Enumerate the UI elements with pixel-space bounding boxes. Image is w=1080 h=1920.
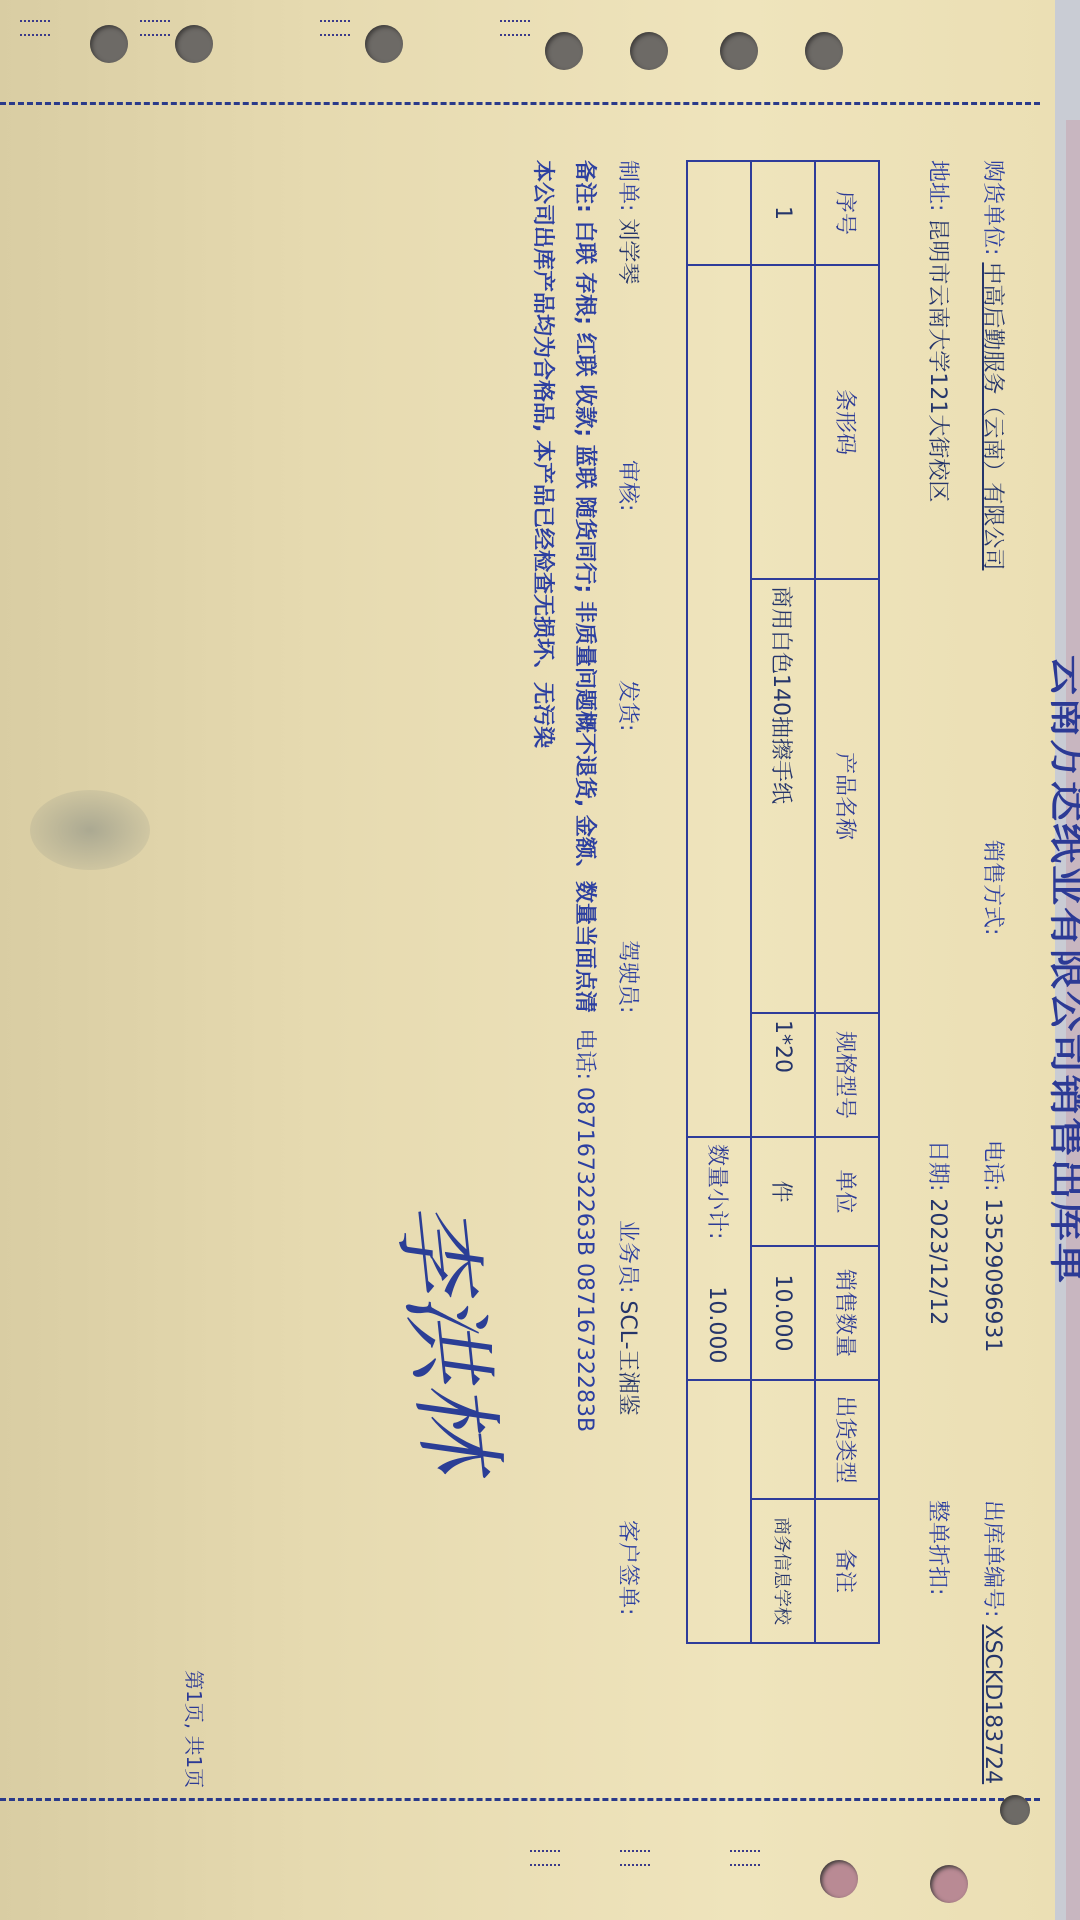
driver-label: 驾驶员: [615, 940, 640, 1013]
cell-spec: 1*20 [751, 1013, 815, 1137]
note-phone: 电话: 08716732263B 08716732283B [572, 1029, 597, 1433]
customer-signature: 李洪林 [376, 1194, 534, 1476]
items-table: 序号 条形码 产品名称 规格型号 单位 销售数量 出货类型 备注 1 商用白色1… [686, 160, 880, 1644]
maker-label: 制单: [615, 160, 640, 211]
feed-hole [720, 32, 758, 70]
note-text: 白联 存根; 红联 收款; 蓝联 随货同行; 非质量问题概不退货, 金额、数量当… [572, 220, 597, 1012]
cell-remark: 商务信息学校 [751, 1499, 815, 1643]
phone-value: 13529096931 [980, 1198, 1005, 1352]
phone-label: 电话: [980, 1140, 1005, 1191]
subtotal-value: 10.000 [705, 1286, 730, 1363]
feed-hole [930, 1865, 968, 1903]
address-label: 地址: [925, 160, 950, 211]
reviewer-line: 审核: [614, 460, 645, 511]
cell-barcode [751, 265, 815, 579]
customer-sign-label: 客户签单: [615, 1520, 640, 1615]
reviewer-label: 审核: [615, 460, 640, 511]
phone-line: 电话: 13529096931 [979, 1140, 1010, 1352]
date-label: 日期: [925, 1140, 950, 1191]
subtotal-row: 数量小计: 10.000 [687, 161, 751, 1643]
discount-label: 整单折扣: [925, 1500, 950, 1595]
subtotal-blank-end [687, 1380, 751, 1643]
address-value: 昆明市云南大学121大街校区 [925, 218, 950, 502]
header-spec: 规格型号 [815, 1013, 879, 1137]
header-unit: 单位 [815, 1137, 879, 1246]
order-number-label: 出库单编号: [980, 1500, 1005, 1617]
subtotal-blank [687, 161, 751, 265]
cell-index: 1 [751, 161, 815, 265]
tractor-feed-holes-top [0, 0, 1055, 75]
sales-delivery-form: 云南万达纸业有限公司销售出库单 购货单位: 中高后勤服务（云南）有限公司 销售方… [140, 120, 1040, 1820]
feed-hole [820, 1860, 858, 1898]
feed-hole [175, 25, 213, 63]
feed-hole [90, 25, 128, 63]
subtotal-cell: 数量小计: 10.000 [687, 1137, 751, 1380]
maker-line: 制单: 刘学琴 [614, 160, 645, 284]
feed-hole [365, 25, 403, 63]
shipper-label: 发货: [615, 680, 640, 731]
page-info: 第1页, 共1页 [181, 1670, 210, 1788]
paper-stain [30, 790, 150, 870]
perforation-mark [530, 1850, 560, 1866]
perforation-mark [320, 20, 350, 36]
cell-quantity: 10.000 [751, 1246, 815, 1380]
header-product: 产品名称 [815, 579, 879, 1013]
subtotal-blank-span [687, 265, 751, 1137]
note-line: 备注: 白联 存根; 红联 收款; 蓝联 随货同行; 非质量问题概不退货, 金额… [571, 160, 602, 1432]
perforation-mark [620, 1850, 650, 1866]
discount-line: 整单折扣: [924, 1500, 955, 1595]
buyer-label: 购货单位: [980, 160, 1005, 255]
date-value: 2023/12/12 [925, 1198, 950, 1325]
salesperson-label: 业务员: [615, 1220, 640, 1293]
form-title: 云南万达纸业有限公司销售出库单 [1043, 120, 1080, 1820]
maker-value: 刘学琴 [615, 218, 640, 284]
quality-statement: 本公司出库产品均为合格品, 本产品已经检查无损坏、无污染 [529, 160, 560, 748]
cell-unit: 件 [751, 1137, 815, 1246]
date-line: 日期: 2023/12/12 [924, 1140, 955, 1325]
table-row: 1 商用白色140抽擦手纸 1*20 件 10.000 商务信息学校 [751, 161, 815, 1643]
feed-hole [805, 32, 843, 70]
feed-hole [630, 32, 668, 70]
cell-product: 商用白色140抽擦手纸 [751, 579, 815, 1013]
perforation-mark [730, 1850, 760, 1866]
perforation-line-top [0, 102, 1040, 105]
note-label: 备注: [572, 160, 597, 213]
perforation-mark [20, 20, 50, 36]
customer-sign-line: 客户签单: [614, 1520, 645, 1615]
salesperson-line: 业务员: SCL-王湘鉴 [614, 1220, 645, 1416]
sales-method-line: 销售方式: [979, 840, 1010, 935]
shipper-line: 发货: [614, 680, 645, 731]
buyer-line: 购货单位: 中高后勤服务（云南）有限公司 [979, 160, 1010, 570]
order-number-value: XSCKD183724 [980, 1624, 1005, 1784]
header-remark: 备注 [815, 1499, 879, 1643]
driver-line: 驾驶员: [614, 940, 645, 1013]
perforation-mark [140, 20, 170, 36]
table-header-row: 序号 条形码 产品名称 规格型号 单位 销售数量 出货类型 备注 [815, 161, 879, 1643]
header-index: 序号 [815, 161, 879, 265]
buyer-value: 中高后勤服务（云南）有限公司 [980, 262, 1005, 570]
address-line: 地址: 昆明市云南大学121大街校区 [924, 160, 955, 502]
header-barcode: 条形码 [815, 265, 879, 579]
cell-ship-type [751, 1380, 815, 1499]
header-ship-type: 出货类型 [815, 1380, 879, 1499]
subtotal-label: 数量小计: [705, 1144, 730, 1239]
order-number-line: 出库单编号: XSCKD183724 [979, 1500, 1010, 1784]
salesperson-value: SCL-王湘鉴 [615, 1300, 640, 1415]
feed-hole [545, 32, 583, 70]
header-quantity: 销售数量 [815, 1246, 879, 1380]
perforation-mark [500, 20, 530, 36]
tractor-feed-holes-bottom [0, 1820, 1055, 1920]
sales-method-label: 销售方式: [980, 840, 1005, 935]
